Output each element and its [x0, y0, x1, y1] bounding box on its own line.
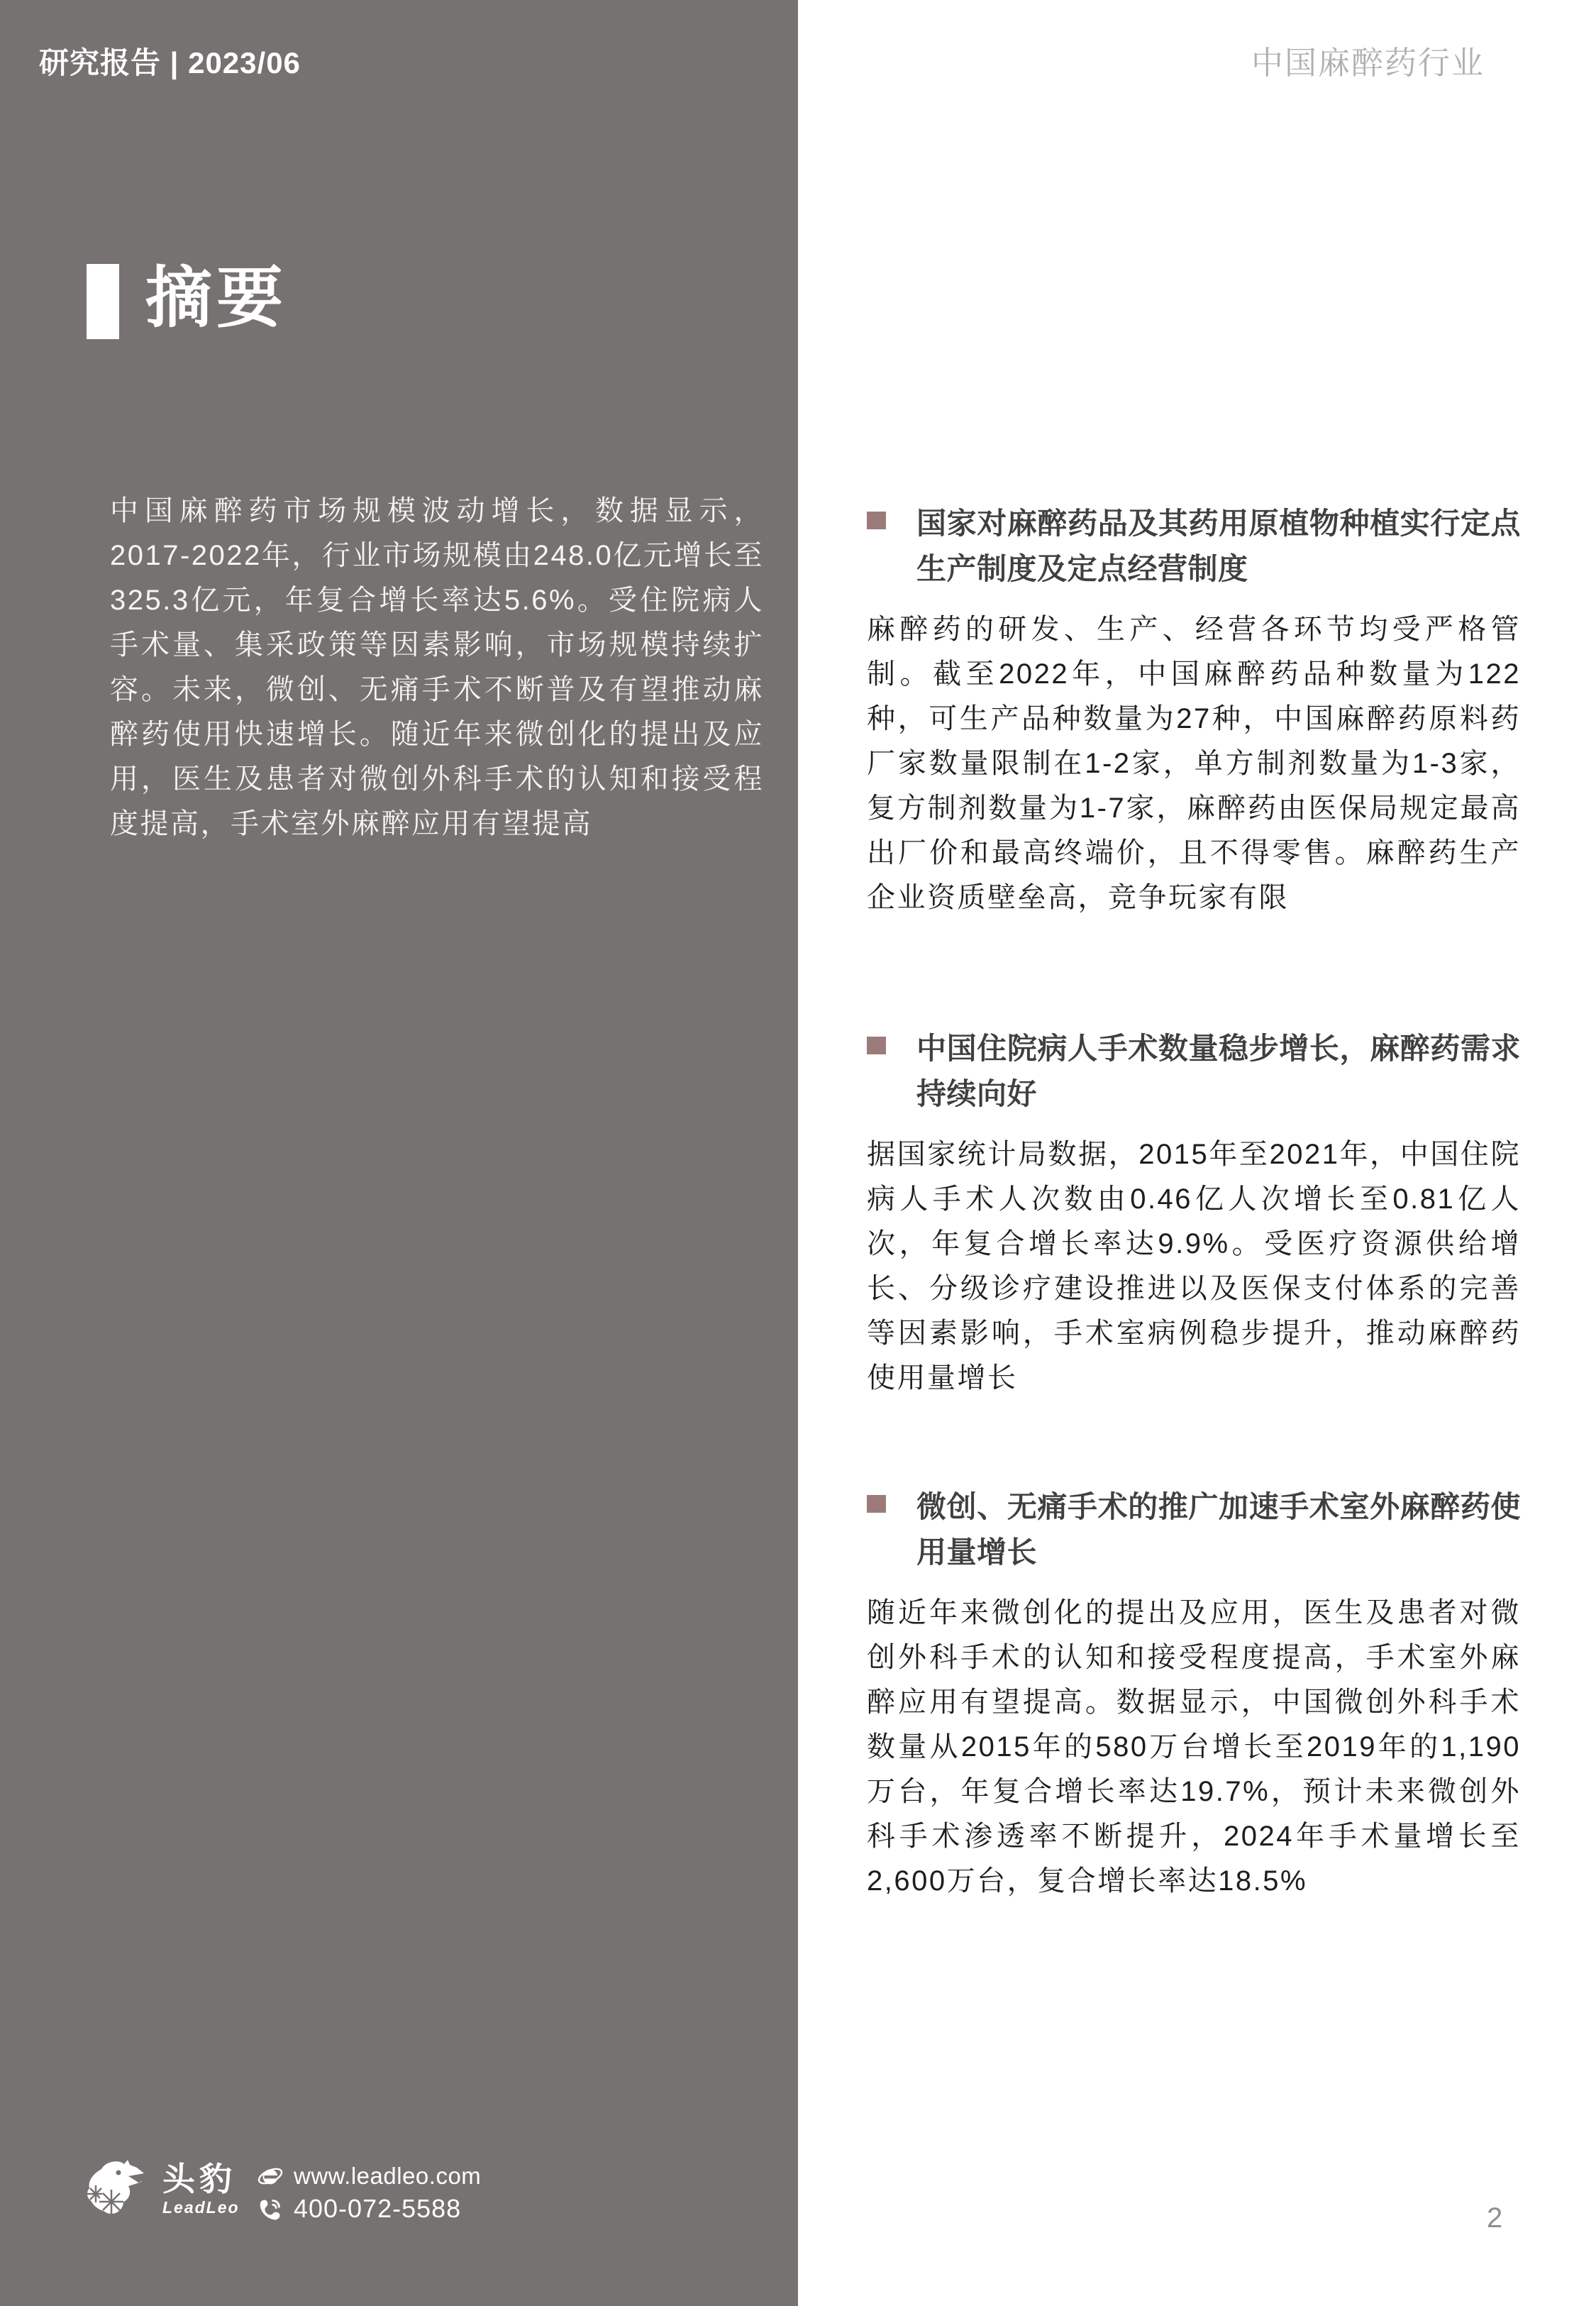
website-row: www.leadleo.com	[257, 2160, 481, 2192]
website-url: www.leadleo.com	[294, 2163, 481, 2190]
brand-name-chinese: 头豹	[162, 2161, 237, 2197]
phone-number: 400-072-5588	[294, 2194, 461, 2224]
report-type-and-date-label: 研究报告 | 2023/06	[39, 40, 301, 82]
section-heading-text: 微创、无痛手术的推广加速手术室外麻醉药使用量增长	[916, 1484, 1521, 1575]
section-production-system: 国家对麻醉药品及其药用原植物种植实行定点生产制度及定点经营制度 麻醉药的研发、生…	[867, 501, 1521, 920]
leadleo-leopard-logo-icon	[80, 2157, 145, 2222]
section-body-text: 随近年来微创化的提出及应用，医生及患者对微创外科手术的认知和接受程度提高，手术室…	[867, 1591, 1521, 1904]
section-heading: 国家对麻醉药品及其药用原植物种植实行定点生产制度及定点经营制度	[867, 501, 1521, 592]
section-heading-text: 国家对麻醉药品及其药用原植物种植实行定点生产制度及定点经营制度	[916, 501, 1521, 592]
bullet-square-icon	[867, 1495, 886, 1513]
page-number: 2	[1487, 2202, 1502, 2234]
phone-row: 400-072-5588	[257, 2192, 481, 2225]
contact-block: www.leadleo.com 400-072-5588	[257, 2160, 481, 2225]
title-accent-bar-icon	[87, 264, 119, 339]
brand-name-english: LeadLeo	[162, 2197, 237, 2218]
industry-header-label: 中国麻醉药行业	[1251, 37, 1485, 83]
bullet-square-icon	[867, 1037, 886, 1054]
section-body-text: 据国家统计局数据，2015年至2021年，中国住院病人手术人次数由0.46亿人次…	[867, 1132, 1521, 1401]
globe-icon	[257, 2163, 284, 2190]
section-heading: 中国住院病人手术数量稳步增长，麻醉药需求持续向好	[867, 1026, 1521, 1117]
section-body-text: 麻醉药的研发、生产、经营各环节均受严格管制。截至2022年，中国麻醉药品种数量为…	[867, 607, 1521, 920]
section-heading-text: 中国住院病人手术数量稳步增长，麻醉药需求持续向好	[916, 1026, 1521, 1117]
section-minimally-invasive-growth: 微创、无痛手术的推广加速手术室外麻醉药使用量增长 随近年来微创化的提出及应用，医…	[867, 1484, 1521, 1904]
footer-brand-block: 头豹 LeadLeo www.leadleo.com 400-072-5588	[80, 2157, 481, 2225]
section-inpatient-surgery-growth: 中国住院病人手术数量稳步增长，麻醉药需求持续向好 据国家统计局数据，2015年至…	[867, 1026, 1521, 1401]
left-gray-panel: 研究报告 | 2023/06 摘要 中国麻醉药市场规模波动增长，数据显示，201…	[0, 0, 798, 2306]
phone-icon	[257, 2195, 284, 2222]
section-heading: 微创、无痛手术的推广加速手术室外麻醉药使用量增长	[867, 1484, 1521, 1575]
bullet-square-icon	[867, 512, 886, 529]
brand-name-block: 头豹 LeadLeo	[162, 2161, 237, 2218]
summary-paragraph: 中国麻醉药市场规模波动增长，数据显示，2017-2022年，行业市场规模由248…	[110, 489, 764, 846]
page-title: 摘要	[145, 253, 287, 345]
